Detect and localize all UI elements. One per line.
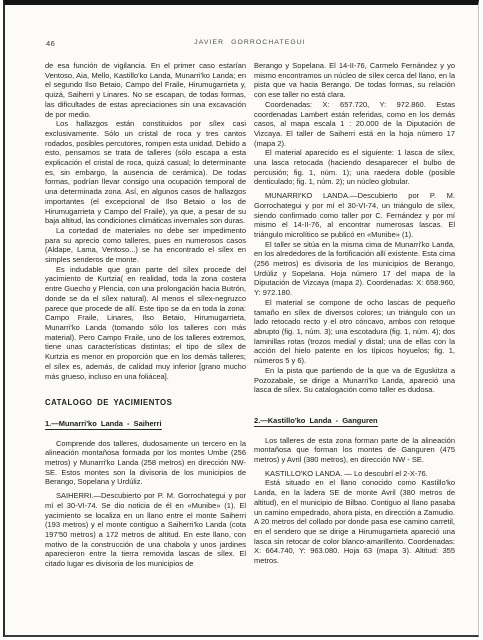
paragraph: Es indudable que gran parte del sílex pr… xyxy=(45,265,246,381)
two-column-text: de esa función de vigilancia. En el prim… xyxy=(45,61,455,569)
section-heading-catalogo: CATALOGO DE YACIMIENTOS xyxy=(45,398,246,408)
paragraph: Comprende dos talleres, dudosamente un t… xyxy=(45,439,246,488)
paragraph-kastilloko-landa: KASTILLO'KO LANDA. — Lo descubrí el 2-X-… xyxy=(254,469,455,479)
page-header: 46 JAVIER GORROCHATEGUI xyxy=(45,39,455,49)
subsection-heading-1-text: 1.—Munarri'ko Landa - Saiherri xyxy=(45,419,162,431)
paragraph: El material se compone de ocho lascas de… xyxy=(254,298,455,366)
scanned-document-page: 46 JAVIER GORROCHATEGUI de esa función d… xyxy=(0,0,483,640)
paragraph: Berango y Sopelana. El 14-II-76, Carmelo… xyxy=(254,61,455,100)
paragraph-saiherri: SAIHERRI.—Descubierto por P. M. Gorrocha… xyxy=(45,491,246,569)
paragraph: La cortedad de materiales no debe ser im… xyxy=(45,226,246,265)
paragraph: El taller se sitúa en la misma cima de M… xyxy=(254,240,455,298)
paragraph: de esa función de vigilancia. En el prim… xyxy=(45,61,246,119)
paragraph-coordenadas-saiherri: Coordenadas: X: 657.720, Y: 972.860. Est… xyxy=(254,100,455,149)
running-header-title: JAVIER GORROCHATEGUI xyxy=(45,39,455,46)
paragraph-munarriko-landa: MUNARRI'KO LANDA.—Descubierto por P. M. … xyxy=(254,191,455,240)
subsection-heading-2: 2.—Kastillo'ko Landa - Ganguren xyxy=(254,416,455,426)
paragraph: Los talleres de esta zona forman parte d… xyxy=(254,436,455,465)
left-column: de esa función de vigilancia. En el prim… xyxy=(45,61,246,569)
subsection-heading-1: 1.—Munarri'ko Landa - Saiherri xyxy=(45,419,246,429)
paragraph-material-saiherri: El material aparecido es el siguiente: 1… xyxy=(254,148,455,187)
paragraph: Los hallazgos están constituidos por síl… xyxy=(45,119,246,226)
right-column: Berango y Sopelana. El 14-II-76, Carmelo… xyxy=(254,61,455,569)
subsection-heading-2-text: 2.—Kastillo'ko Landa - Ganguren xyxy=(254,416,378,428)
page: 46 JAVIER GORROCHATEGUI de esa función d… xyxy=(5,5,478,635)
paragraph: En la pista que partiendo de la que va d… xyxy=(254,366,455,395)
scan-border-frame: 46 JAVIER GORROCHATEGUI de esa función d… xyxy=(3,0,479,637)
paragraph: Está situado en el llano conocido como K… xyxy=(254,478,455,565)
